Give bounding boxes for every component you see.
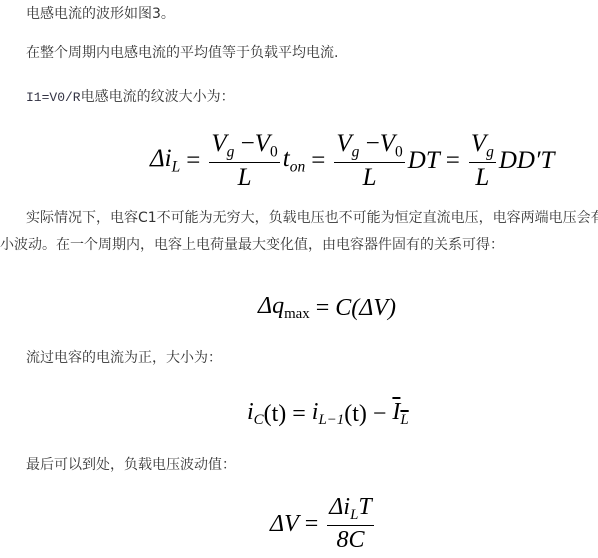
t-on: ton xyxy=(283,145,305,176)
paragraph-capacitor-line1: 实际情况下，电容C1不可能为无穷大，负载电压也不可能为恒定直流电压，电容两端电压… xyxy=(26,208,598,228)
paragraph-average-current: 在整个周期内电感电流的平均值等于负载平均电流. xyxy=(26,43,338,63)
equation-voltage-ripple: ΔV = ΔiLT 8C xyxy=(270,494,377,554)
text: 在整个周期内电感电流的平均值等于负载平均电流. xyxy=(26,45,338,61)
text: 实际情况下，电容C1不可能为无穷大，负载电压也不可能为恒定直流电压，电容两端电压… xyxy=(26,210,598,226)
equals: = xyxy=(186,147,200,175)
fraction: Vg −V0 L xyxy=(209,131,279,191)
ddt: DD′T xyxy=(499,147,554,175)
equation-charge: Δqmax = C(ΔV) xyxy=(258,290,396,326)
paragraph-capacitor-line2: 小波动。在一个周期内，电容上电荷量最大变化值，由电容器件固有的关系可得： xyxy=(0,235,504,255)
paragraph-ripple-intro: I1=V0/R电感电流的纹波大小为： xyxy=(26,87,235,108)
paragraph-waveform: 电感电流的波形如图3。 xyxy=(26,4,175,24)
text: 电感电流的波形如图3。 xyxy=(26,6,175,22)
dt: DT xyxy=(408,147,440,175)
equals: = xyxy=(311,147,325,175)
text: 最后可以到处，负载电压波动值： xyxy=(26,457,236,473)
equation-cap-current: iC (t) = iL−1 (t) − IL xyxy=(247,396,409,432)
equation-ripple-current: ΔiL = Vg −V0 L ton = Vg −V0 L DT = Vg L … xyxy=(150,130,554,192)
paragraph-cap-current: 流过电容的电流为正，大小为： xyxy=(26,348,222,368)
text: 流过电容的电流为正，大小为： xyxy=(26,350,222,366)
fraction: Vg L xyxy=(469,131,496,191)
equals: = xyxy=(446,147,460,175)
paragraph-voltage-ripple: 最后可以到处，负载电压波动值： xyxy=(26,455,236,475)
fraction: Vg −V0 L xyxy=(334,131,404,191)
text: 小波动。在一个周期内，电容上电荷量最大变化值，由电容器件固有的关系可得： xyxy=(0,237,504,253)
text: 电感电流的纹波大小为： xyxy=(81,89,235,105)
formula-inline: I1=V0/R xyxy=(26,90,81,105)
eq-lhs: ΔiL xyxy=(150,145,180,176)
